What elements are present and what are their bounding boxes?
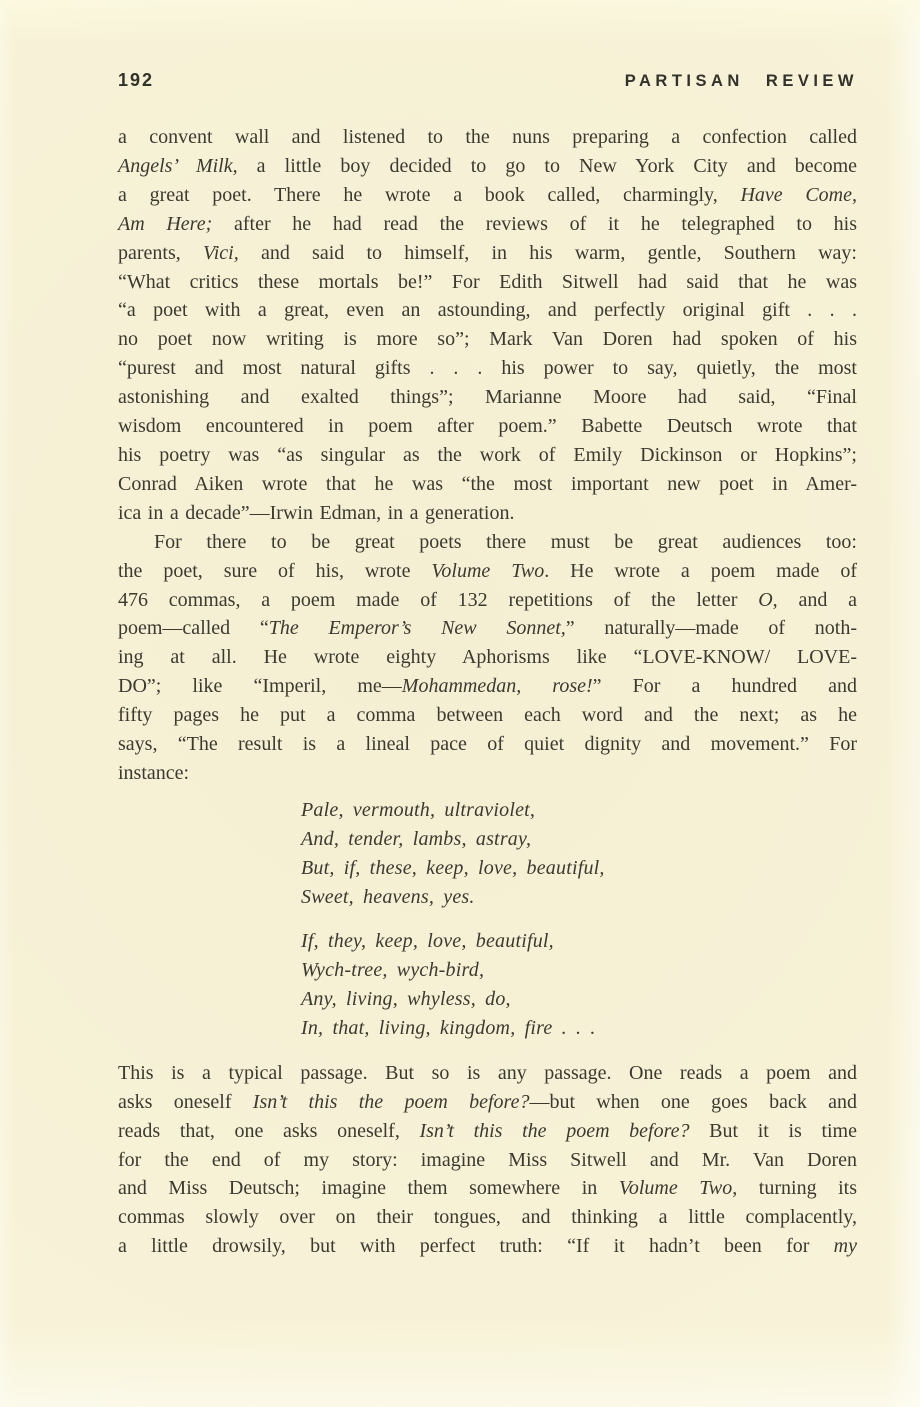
text-line: For there to be great poets there must b… bbox=[118, 528, 857, 557]
verse-line: Wych-tree, wych-bird, bbox=[301, 956, 857, 985]
text-run: a great poet. There he wrote a book call… bbox=[118, 184, 740, 206]
text-run: asks oneself bbox=[118, 1091, 253, 1113]
text-line: and Miss Deutsch; imagine them somewhere… bbox=[118, 1174, 857, 1203]
page-number: 192 bbox=[118, 70, 154, 91]
italic-run: If, they, keep, love, beautiful, bbox=[301, 930, 554, 952]
text-run: “a poet with a great, even an astounding… bbox=[118, 299, 857, 321]
italic-run: Am Here; bbox=[118, 213, 212, 235]
text-run: astonishing and exalted things”; Mariann… bbox=[118, 386, 857, 408]
verse-line: In, that, living, kingdom, fire . . . bbox=[301, 1014, 857, 1043]
italic-run: Wych-tree, wych-bird, bbox=[301, 959, 484, 981]
italic-run: In, that, living, kingdom, fire . . . bbox=[301, 1017, 596, 1039]
text-line: for the end of my story: imagine Miss Si… bbox=[118, 1146, 857, 1175]
text-line: reads that, one asks oneself, Isn’t this… bbox=[118, 1117, 857, 1146]
italic-run: Mohammedan, rose! bbox=[402, 675, 593, 697]
text-run: , turning its bbox=[732, 1177, 857, 1199]
text-run: commas slowly over on their tongues, and… bbox=[118, 1206, 857, 1228]
paragraph: a convent wall and listened to the nuns … bbox=[118, 123, 857, 528]
italic-run: Pale, vermouth, ultraviolet, bbox=[301, 799, 535, 821]
paragraph: For there to be great poets there must b… bbox=[118, 528, 857, 788]
text-run: and Miss Deutsch; imagine them somewhere… bbox=[118, 1177, 619, 1199]
text-line: a little drowsily, but with perfect trut… bbox=[118, 1232, 857, 1261]
verse-line: And, tender, lambs, astray, bbox=[301, 825, 857, 854]
running-header: 192 PARTISAN REVIEW bbox=[118, 70, 858, 91]
text-run: a little drowsily, but with perfect trut… bbox=[118, 1235, 834, 1257]
book-page: 192 PARTISAN REVIEW a convent wall and l… bbox=[0, 0, 920, 1407]
text-line: Conrad Aiken wrote that he was “the most… bbox=[118, 470, 857, 499]
text-run: ica in a decade”—Irwin Edman, in a gener… bbox=[118, 502, 514, 524]
text-run: 476 commas, a poem made of 132 repetitio… bbox=[118, 589, 758, 611]
verse-line: But, if, these, keep, love, beautiful, bbox=[301, 854, 857, 883]
text-line: parents, Vici, and said to himself, in h… bbox=[118, 239, 857, 268]
italic-run: Have Come, bbox=[740, 184, 857, 206]
text-run: DO”; like “Imperil, me— bbox=[118, 675, 402, 697]
text-line: “purest and most natural gifts . . . his… bbox=[118, 354, 857, 383]
text-run: “purest and most natural gifts . . . his… bbox=[118, 357, 857, 379]
italic-run: Angels’ Milk, bbox=[118, 155, 238, 177]
text-line: “a poet with a great, even an astounding… bbox=[118, 296, 857, 325]
text-line: astonishing and exalted things”; Mariann… bbox=[118, 383, 857, 412]
italic-run: But, if, these, keep, love, beautiful, bbox=[301, 857, 605, 879]
verse-line: If, they, keep, love, beautiful, bbox=[301, 927, 857, 956]
text-run: reads that, one asks oneself, bbox=[118, 1120, 419, 1142]
verse-line: Any, living, whyless, do, bbox=[301, 985, 857, 1014]
italic-run: Volume Two bbox=[619, 1177, 732, 1199]
italic-run: Any, living, whyless, do, bbox=[301, 988, 511, 1010]
text-run: the poet, sure of his, wrote bbox=[118, 560, 431, 582]
text-line: poem—called “The Emperor’s New Sonnet,” … bbox=[118, 614, 857, 643]
italic-run: Vici, bbox=[203, 242, 239, 264]
text-run: “What critics these mortals be!” For Edi… bbox=[118, 271, 857, 293]
verse-line: Sweet, heavens, yes. bbox=[301, 883, 857, 912]
text-line: asks oneself Isn’t this the poem before?… bbox=[118, 1088, 857, 1117]
text-run: —but when one goes back and bbox=[529, 1091, 857, 1113]
text-line: says, “The result is a lineal pace of qu… bbox=[118, 730, 857, 759]
text-run: his poetry was “as singular as the work … bbox=[118, 444, 857, 466]
text-line: ing at all. He wrote eighty Aphorisms li… bbox=[118, 643, 857, 672]
text-run: ” For a hundred and bbox=[593, 675, 857, 697]
text-line: his poetry was “as singular as the work … bbox=[118, 441, 857, 470]
text-line: 476 commas, a poem made of 132 repetitio… bbox=[118, 586, 857, 615]
italic-run: Isn’t this the poem before? bbox=[419, 1120, 689, 1142]
text-line: instance: bbox=[118, 759, 857, 788]
text-run: a convent wall and listened to the nuns … bbox=[118, 126, 857, 148]
text-line: Am Here; after he had read the reviews o… bbox=[118, 210, 857, 239]
text-run: But it is time bbox=[690, 1120, 857, 1142]
italic-run: O bbox=[758, 589, 772, 611]
journal-title: PARTISAN REVIEW bbox=[625, 72, 858, 91]
text-line: Angels’ Milk, a little boy decided to go… bbox=[118, 152, 857, 181]
verse-line: Pale, vermouth, ultraviolet, bbox=[301, 796, 857, 825]
verse-stanza: Pale, vermouth, ultraviolet,And, tender,… bbox=[301, 796, 857, 912]
page-body: a convent wall and listened to the nuns … bbox=[118, 123, 857, 1261]
text-line: a convent wall and listened to the nuns … bbox=[118, 123, 857, 152]
text-run: This is a typical passage. But so is any… bbox=[118, 1062, 857, 1084]
text-run: wisdom encountered in poem after poem.” … bbox=[118, 415, 857, 437]
text-run: . He wrote a poem made of bbox=[544, 560, 857, 582]
italic-run: Volume Two bbox=[431, 560, 544, 582]
text-run: For there to be great poets there must b… bbox=[154, 531, 857, 553]
text-line: DO”; like “Imperil, me—Mohammedan, rose!… bbox=[118, 672, 857, 701]
italic-run: my bbox=[834, 1235, 857, 1257]
text-line: a great poet. There he wrote a book call… bbox=[118, 181, 857, 210]
text-run: fifty pages he put a comma between each … bbox=[118, 704, 857, 726]
text-run: instance: bbox=[118, 762, 189, 784]
text-line: no poet now writing is more so”; Mark Va… bbox=[118, 325, 857, 354]
text-run: no poet now writing is more so”; Mark Va… bbox=[118, 328, 857, 350]
italic-run: The Emperor’s New Sonnet, bbox=[269, 617, 566, 639]
text-line: fifty pages he put a comma between each … bbox=[118, 701, 857, 730]
text-line: wisdom encountered in poem after poem.” … bbox=[118, 412, 857, 441]
text-line: the poet, sure of his, wrote Volume Two.… bbox=[118, 557, 857, 586]
text-run: parents, bbox=[118, 242, 203, 264]
verse-stanza: If, they, keep, love, beautiful,Wych-tre… bbox=[301, 927, 857, 1043]
text-line: This is a typical passage. But so is any… bbox=[118, 1059, 857, 1088]
italic-run: Isn’t this the poem before? bbox=[253, 1091, 530, 1113]
text-run: says, “The result is a lineal pace of qu… bbox=[118, 733, 857, 755]
text-run: ing at all. He wrote eighty Aphorisms li… bbox=[118, 646, 857, 668]
text-line: ica in a decade”—Irwin Edman, in a gener… bbox=[118, 499, 857, 528]
text-run: for the end of my story: imagine Miss Si… bbox=[118, 1149, 857, 1171]
italic-run: Sweet, heavens, yes. bbox=[301, 886, 475, 908]
text-run: poem—called “ bbox=[118, 617, 269, 639]
paragraph: This is a typical passage. But so is any… bbox=[118, 1059, 857, 1261]
text-line: “What critics these mortals be!” For Edi… bbox=[118, 268, 857, 297]
italic-run: And, tender, lambs, astray, bbox=[301, 828, 531, 850]
text-run: Conrad Aiken wrote that he was “the most… bbox=[118, 473, 857, 495]
text-run: and said to himself, in his warm, gentle… bbox=[239, 242, 857, 264]
text-run: after he had read the reviews of it he t… bbox=[212, 213, 857, 235]
text-line: commas slowly over on their tongues, and… bbox=[118, 1203, 857, 1232]
text-run: a little boy decided to go to New York C… bbox=[238, 155, 857, 177]
text-run: , and a bbox=[773, 589, 857, 611]
text-run: ” naturally—made of noth- bbox=[566, 617, 857, 639]
